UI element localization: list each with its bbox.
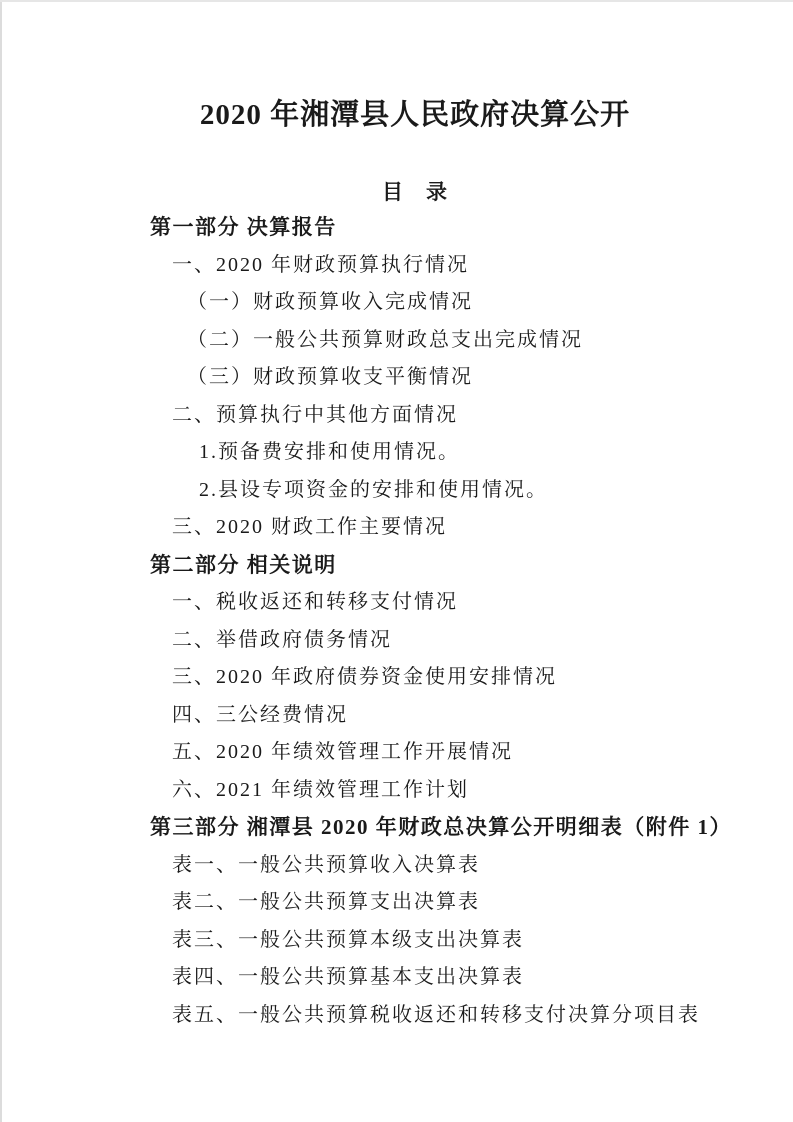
toc-part-3-heading: 第三部分 湘潭县 2020 年财政总决算公开明细表（附件 1） <box>0 809 793 847</box>
toc-table-item: 表五、一般公共预算税收返还和转移支付决算分项目表 <box>0 997 793 1035</box>
table-of-contents: 第一部分 决算报告 一、2020 年财政预算执行情况 （一）财政预算收入完成情况… <box>0 209 793 1034</box>
toc-subitem: （二）一般公共预算财政总支出完成情况 <box>0 322 793 360</box>
toc-part-2-heading: 第二部分 相关说明 <box>0 547 793 585</box>
toc-subitem: （一）财政预算收入完成情况 <box>0 284 793 322</box>
toc-heading: 目 录 <box>150 176 680 206</box>
document-title: 2020 年湘潭县人民政府决算公开 <box>150 92 680 133</box>
toc-table-item: 表三、一般公共预算本级支出决算表 <box>0 922 793 960</box>
toc-item: 一、2020 年财政预算执行情况 <box>0 247 793 285</box>
toc-table-item: 表四、一般公共预算基本支出决算表 <box>0 959 793 997</box>
toc-item: 六、2021 年绩效管理工作计划 <box>0 772 793 810</box>
toc-item: 一、税收返还和转移支付情况 <box>0 584 793 622</box>
toc-numbered-subitem: 1.预备费安排和使用情况。 <box>0 434 793 472</box>
toc-table-item: 表一、一般公共预算收入决算表 <box>0 847 793 885</box>
toc-item: 二、预算执行中其他方面情况 <box>0 397 793 435</box>
toc-item: 三、2020 年政府债券资金使用安排情况 <box>0 659 793 697</box>
toc-part-1-heading: 第一部分 决算报告 <box>0 209 793 247</box>
toc-item: 三、2020 财政工作主要情况 <box>0 509 793 547</box>
toc-item: 五、2020 年绩效管理工作开展情况 <box>0 734 793 772</box>
toc-table-item: 表二、一般公共预算支出决算表 <box>0 884 793 922</box>
document-page: 2020 年湘潭县人民政府决算公开 目 录 第一部分 决算报告 一、2020 年… <box>0 0 793 1122</box>
toc-item: 二、举借政府债务情况 <box>0 622 793 660</box>
toc-numbered-subitem: 2.县设专项资金的安排和使用情况。 <box>0 472 793 510</box>
toc-item: 四、三公经费情况 <box>0 697 793 735</box>
toc-subitem: （三）财政预算收支平衡情况 <box>0 359 793 397</box>
